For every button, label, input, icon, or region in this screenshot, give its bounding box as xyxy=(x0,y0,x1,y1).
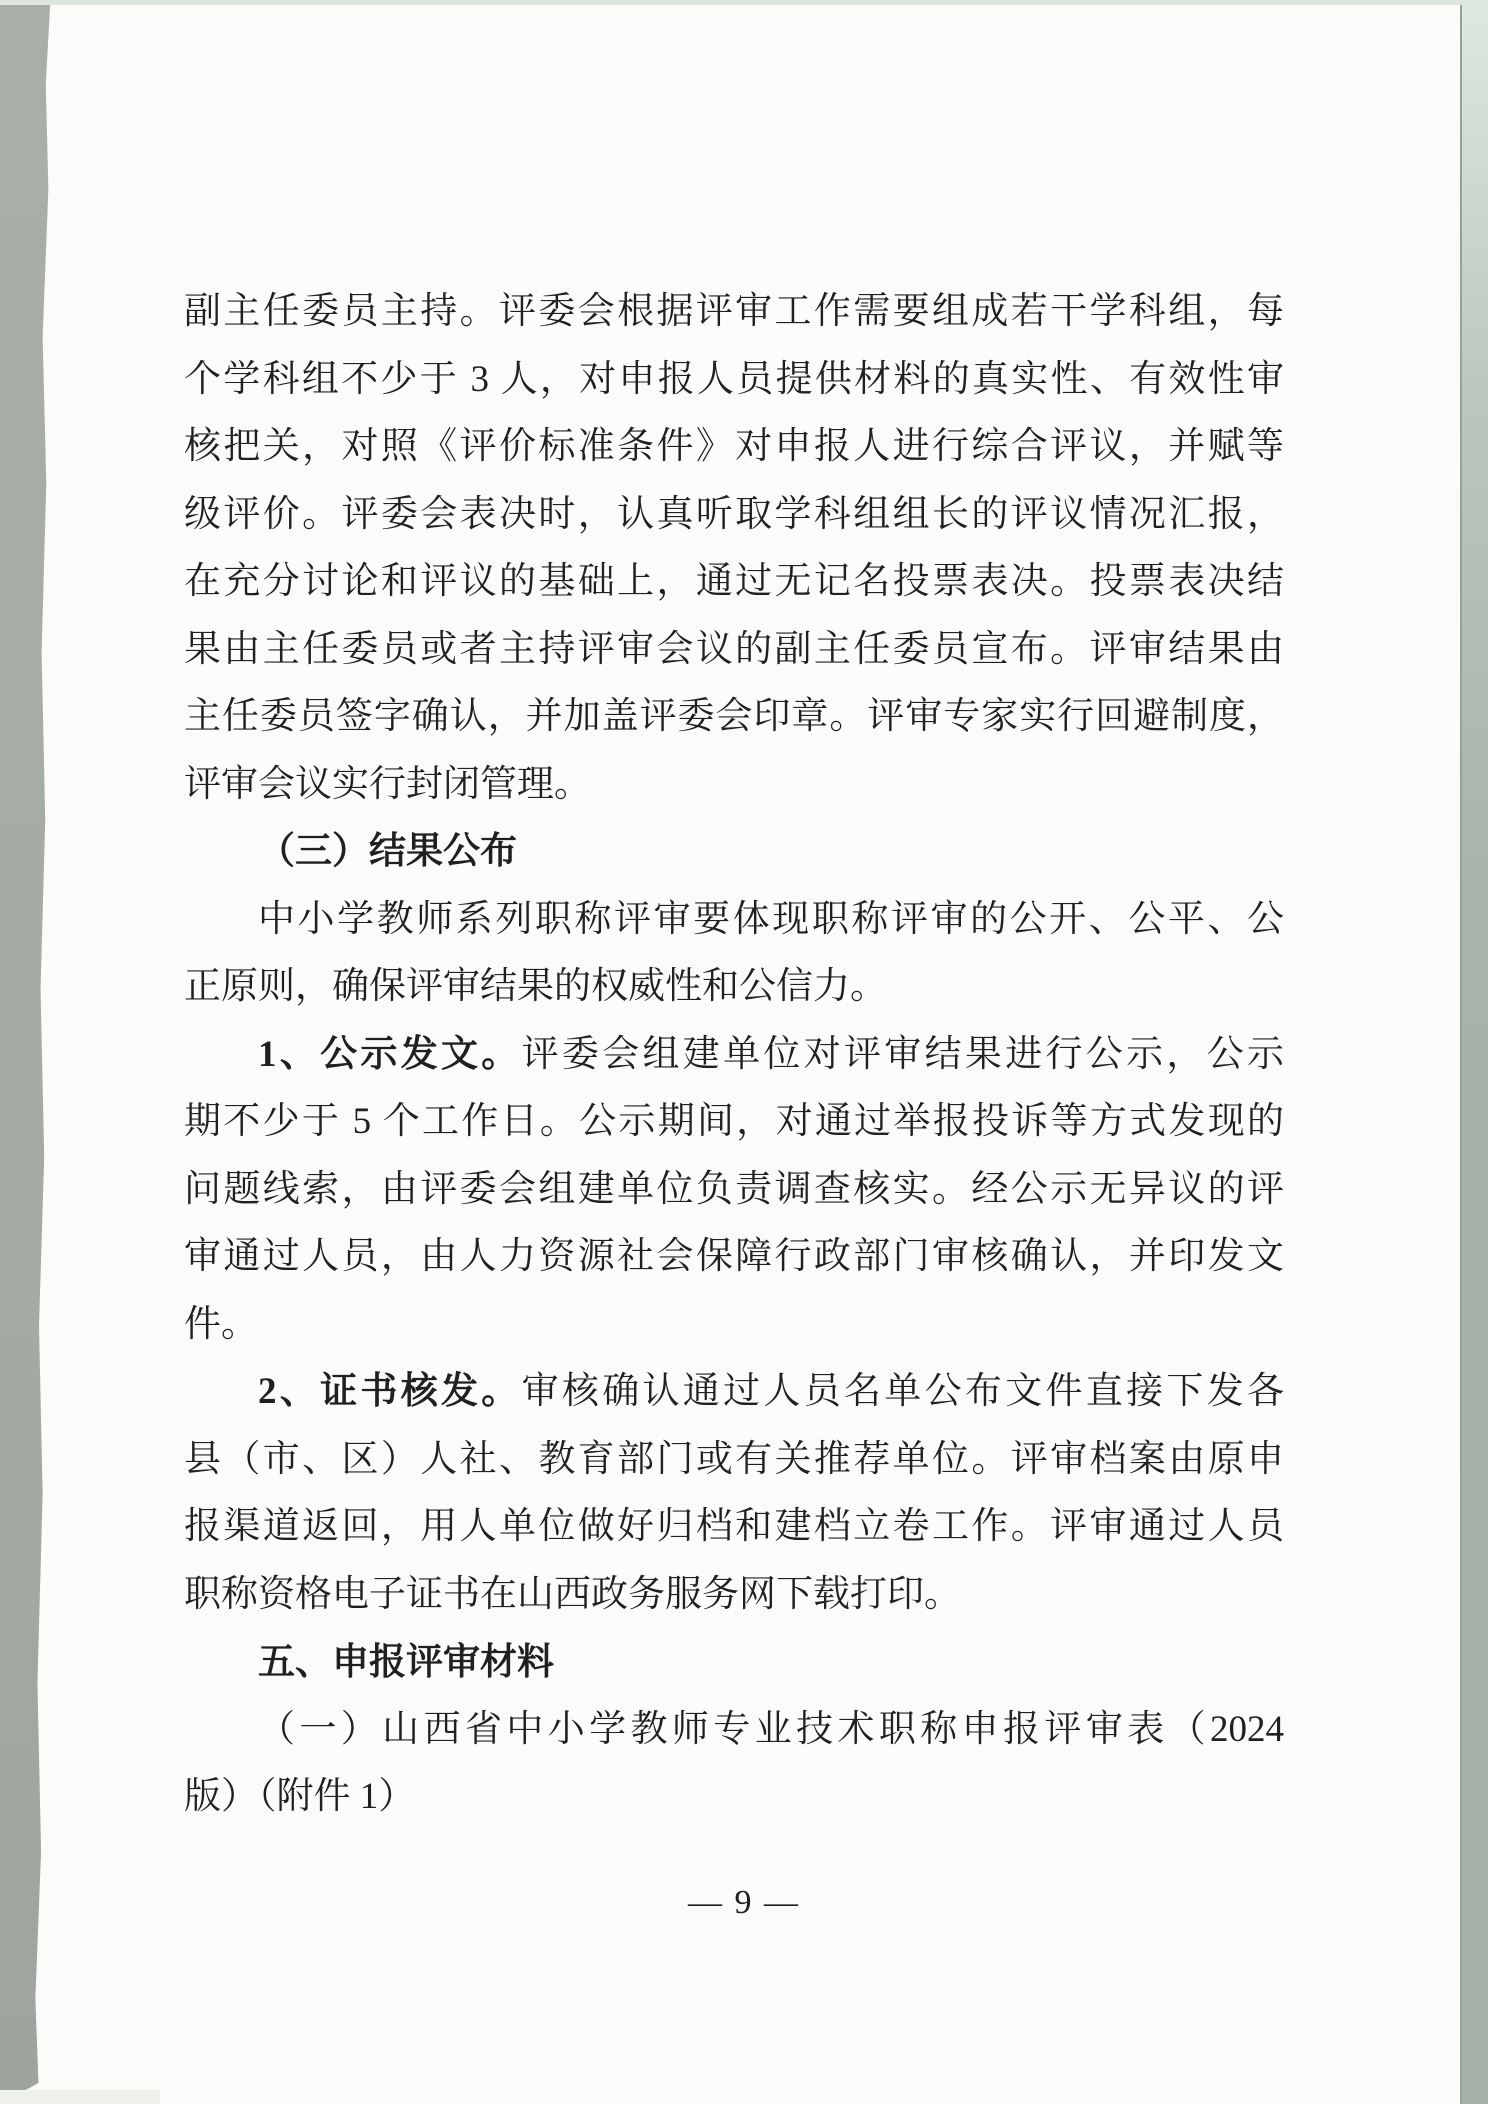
text-run: 正原则，确保评审结果的权威性和公信力。 xyxy=(184,966,887,1007)
text-run: 核把关，对照《评价标准条件》对申报人进行综合评议，并赋等 xyxy=(184,426,1284,467)
scan-edge-left xyxy=(0,0,52,2104)
text-run: 评委会组建单位对评审结果进行公示，公示 xyxy=(522,1034,1284,1075)
text-run: （一）山西省中小学教师专业技术职称申报评审表（2024 xyxy=(258,1709,1284,1750)
text-line: 主任委员签字确认，并加盖评委会印章。评审专家实行回避制度， xyxy=(184,683,1284,751)
text-run: 评审会议实行封闭管理。 xyxy=(184,764,591,805)
scan-edge-top xyxy=(0,0,1488,5)
text-run-bold: （三）结果公布 xyxy=(258,831,517,872)
scan-edge-right xyxy=(1460,0,1488,2104)
text-run: 审核确认通过人员名单公布文件直接下发各 xyxy=(522,1371,1284,1412)
text-line: 核把关，对照《评价标准条件》对申报人进行综合评议，并赋等 xyxy=(184,413,1284,481)
text-line: 评审会议实行封闭管理。 xyxy=(184,751,1284,819)
text-line: 副主任委员主持。评委会根据评审工作需要组成若干学科组，每 xyxy=(184,278,1284,346)
scan-edge-bottom xyxy=(0,2090,160,2104)
text-line: 问题线索，由评委会组建单位负责调查核实。经公示无异议的评 xyxy=(184,1156,1284,1224)
text-run: 级评价。评委会表决时，认真听取学科组组长的评议情况汇报， xyxy=(184,494,1284,535)
text-line: 2、证书核发。审核确认通过人员名单公布文件直接下发各 xyxy=(184,1358,1284,1426)
text-line: 职称资格电子证书在山西政务服务网下载打印。 xyxy=(184,1561,1284,1629)
text-run: 主任委员签字确认，并加盖评委会印章。评审专家实行回避制度， xyxy=(184,696,1284,737)
text-line: 期不少于 5 个工作日。公示期间，对通过举报投诉等方式发现的 xyxy=(184,1088,1284,1156)
text-line: 级评价。评委会表决时，认真听取学科组组长的评议情况汇报， xyxy=(184,481,1284,549)
text-run-bold: 2、证书核发。 xyxy=(258,1371,522,1412)
text-run: 果由主任委员或者主持评审会议的副主任委员宣布。评审结果由 xyxy=(184,629,1284,670)
text-run-bold: 五、申报评审材料 xyxy=(258,1641,554,1682)
text-run: 县（市、区）人社、教育部门或有关推荐单位。评审档案由原申 xyxy=(184,1439,1284,1480)
scanned-document: 副主任委员主持。评委会根据评审工作需要组成若干学科组，每个学科组不少于 3 人，… xyxy=(0,0,1488,2104)
text-line: 审通过人员，由人力资源社会保障行政部门审核确认，并印发文 xyxy=(184,1223,1284,1291)
text-run: 问题线索，由评委会组建单位负责调查核实。经公示无异议的评 xyxy=(184,1169,1284,1210)
page-number: — 9 — xyxy=(688,1884,800,1921)
text-line: 件。 xyxy=(184,1291,1284,1359)
text-line: 五、申报评审材料 xyxy=(184,1628,1284,1696)
text-run: 期不少于 5 个工作日。公示期间，对通过举报投诉等方式发现的 xyxy=(184,1101,1284,1142)
text-line: 在充分讨论和评议的基础上，通过无记名投票表决。投票表决结 xyxy=(184,548,1284,616)
text-run: 副主任委员主持。评委会根据评审工作需要组成若干学科组，每 xyxy=(184,291,1284,332)
text-run: 中小学教师系列职称评审要体现职称评审的公开、公平、公 xyxy=(258,899,1284,940)
text-run-bold: 1、公示发文。 xyxy=(258,1034,522,1075)
text-line: 个学科组不少于 3 人，对申报人员提供材料的真实性、有效性审 xyxy=(184,346,1284,414)
page-footer: — 9 — xyxy=(0,1884,1488,1922)
text-line: 果由主任委员或者主持评审会议的副主任委员宣布。评审结果由 xyxy=(184,616,1284,684)
text-line: （一）山西省中小学教师专业技术职称申报评审表（2024 xyxy=(184,1696,1284,1764)
text-line: 1、公示发文。评委会组建单位对评审结果进行公示，公示 xyxy=(184,1021,1284,1089)
text-line: 版）（附件 1） xyxy=(184,1763,1284,1831)
text-run: 版）（附件 1） xyxy=(184,1776,415,1817)
text-run: 职称资格电子证书在山西政务服务网下载打印。 xyxy=(184,1574,961,1615)
text-line: 县（市、区）人社、教育部门或有关推荐单位。评审档案由原申 xyxy=(184,1426,1284,1494)
text-run: 个学科组不少于 3 人，对申报人员提供材料的真实性、有效性审 xyxy=(184,359,1284,400)
text-line: 正原则，确保评审结果的权威性和公信力。 xyxy=(184,953,1284,1021)
document-body: 副主任委员主持。评委会根据评审工作需要组成若干学科组，每个学科组不少于 3 人，… xyxy=(184,278,1284,1831)
text-line: 中小学教师系列职称评审要体现职称评审的公开、公平、公 xyxy=(184,886,1284,954)
text-run: 件。 xyxy=(184,1304,258,1345)
text-run: 审通过人员，由人力资源社会保障行政部门审核确认，并印发文 xyxy=(184,1236,1284,1277)
text-line: 报渠道返回，用人单位做好归档和建档立卷工作。评审通过人员 xyxy=(184,1493,1284,1561)
text-run: 报渠道返回，用人单位做好归档和建档立卷工作。评审通过人员 xyxy=(184,1506,1284,1547)
text-run: 在充分讨论和评议的基础上，通过无记名投票表决。投票表决结 xyxy=(184,561,1284,602)
text-line: （三）结果公布 xyxy=(184,818,1284,886)
